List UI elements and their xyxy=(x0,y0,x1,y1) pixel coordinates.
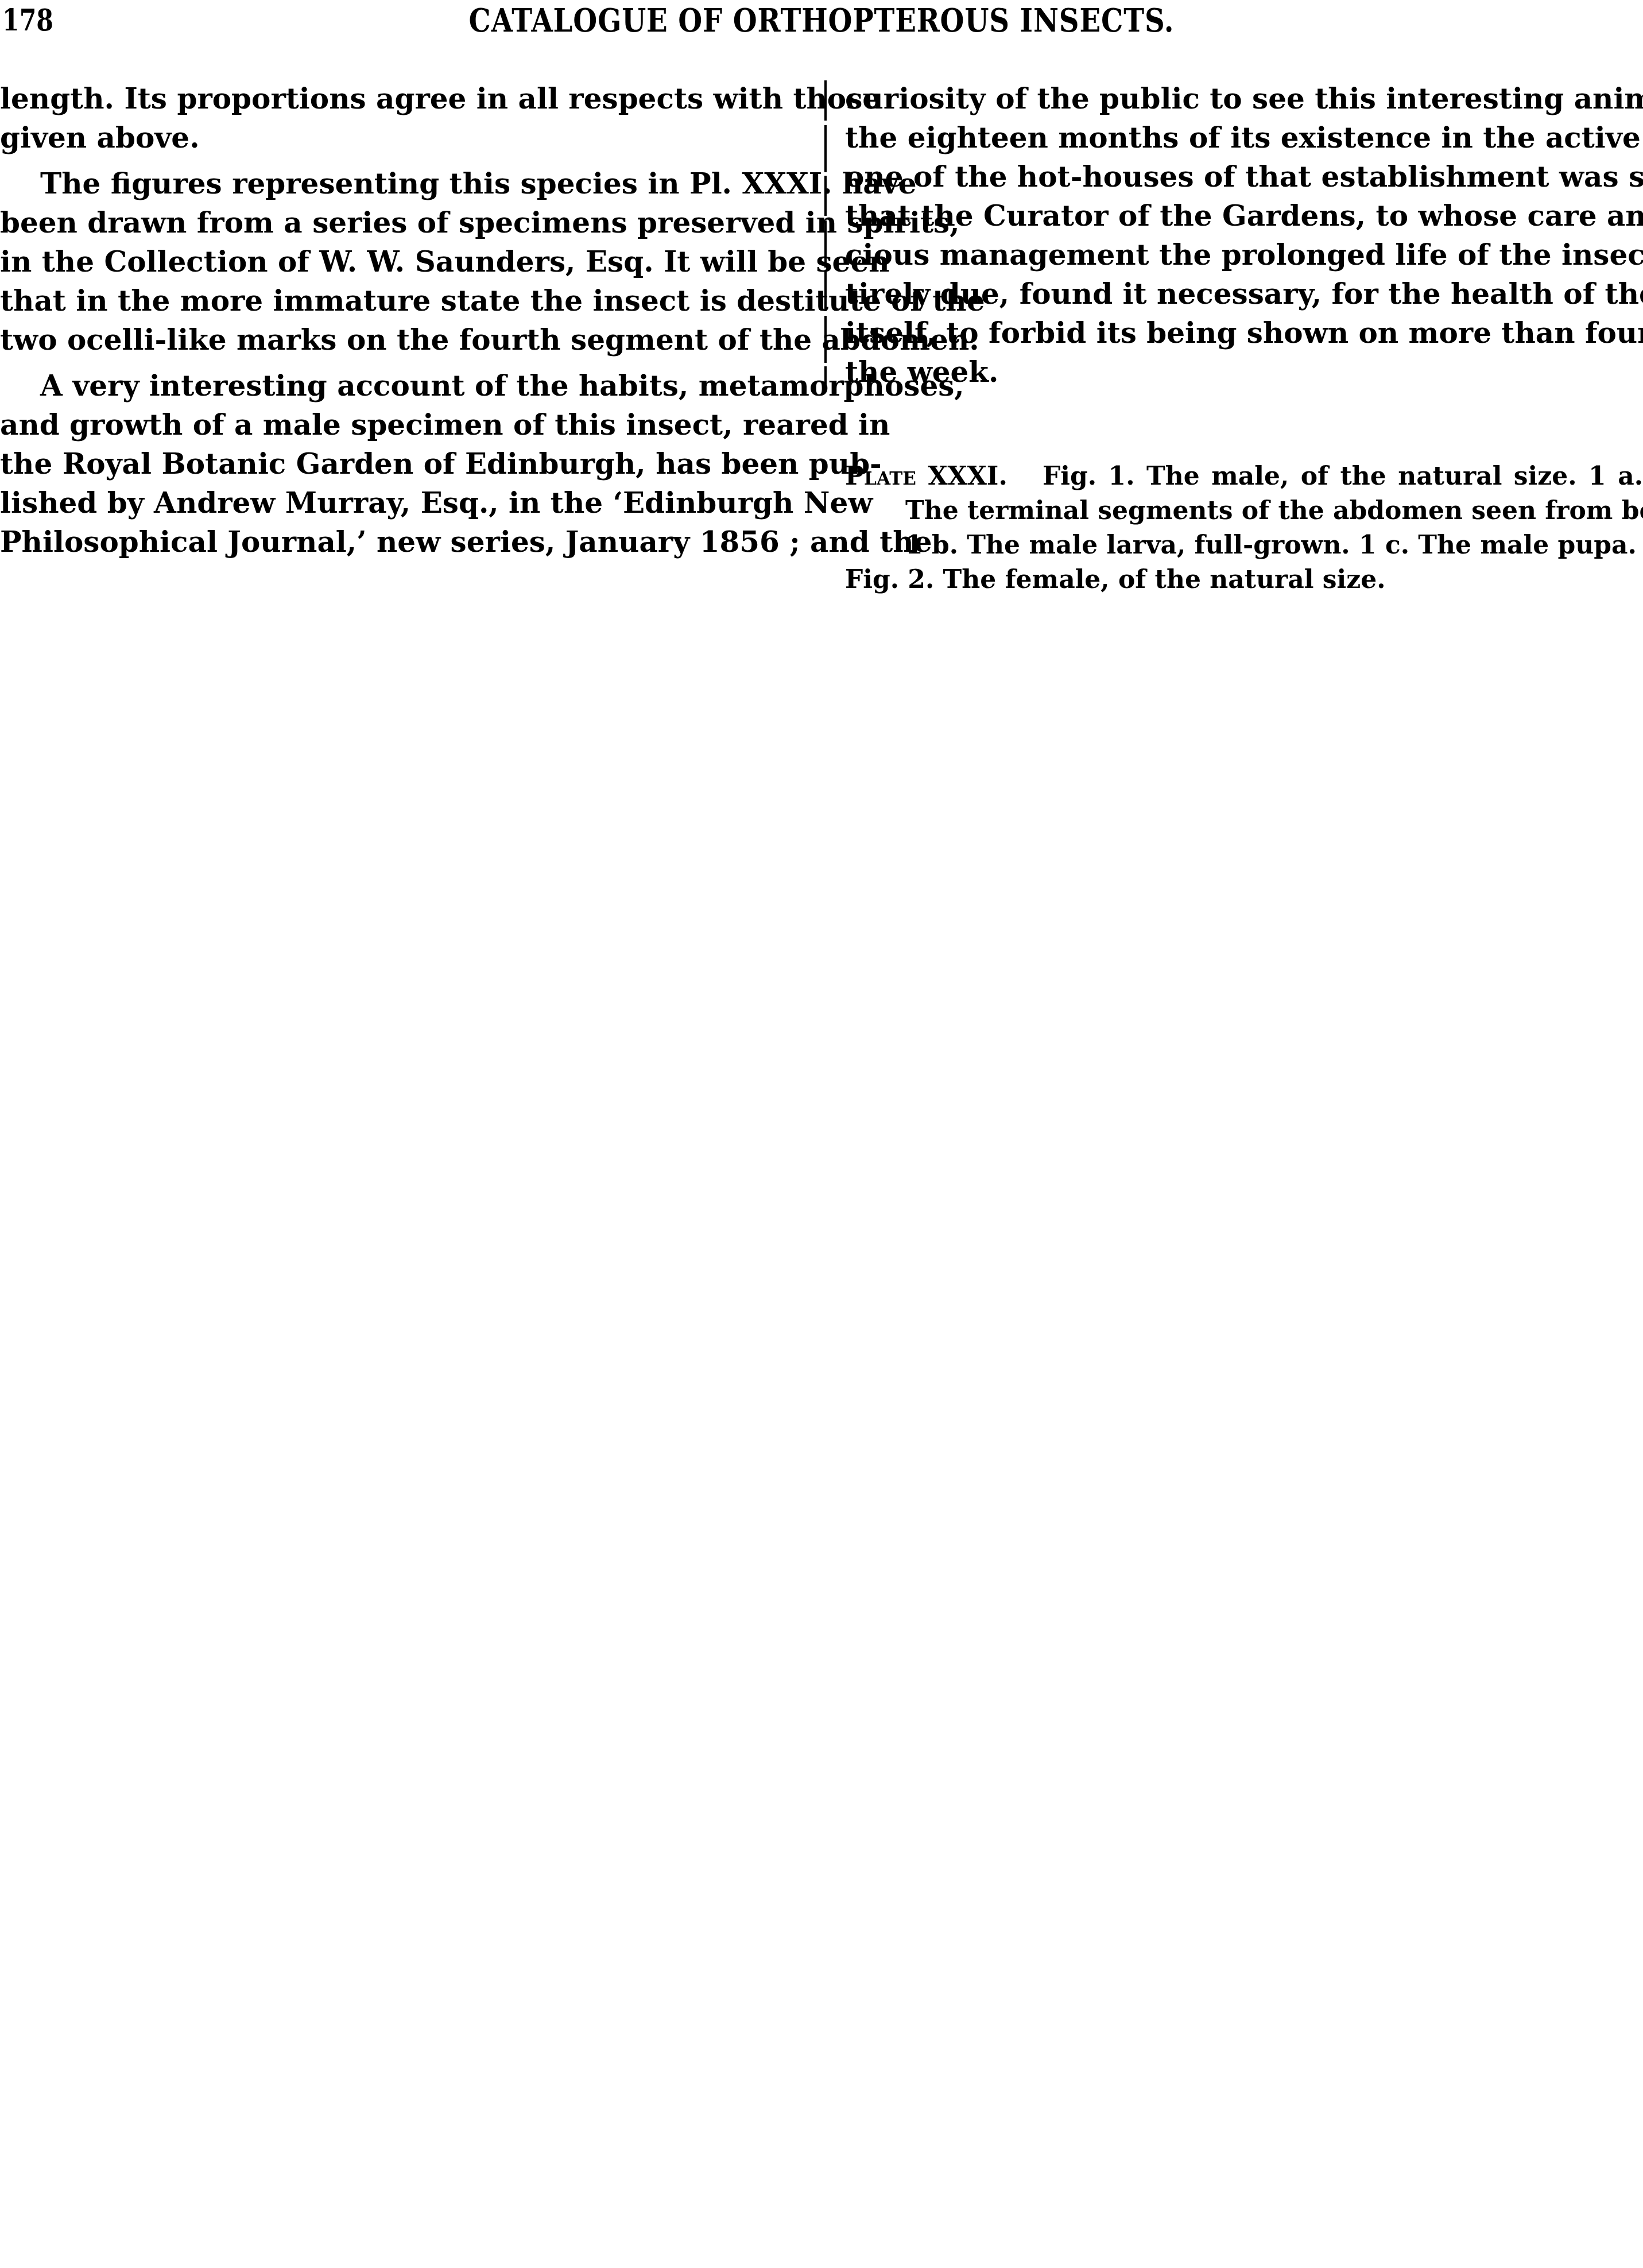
caption-line: The terminal segments of the abdomen see… xyxy=(845,494,1643,528)
text-line: The figures representing this species in… xyxy=(0,164,805,203)
text-line: Philosophical Journal,’ new series, Janu… xyxy=(0,523,805,562)
caption-line: Plate XXXI. Fig. 1. The male, of the nat… xyxy=(845,459,1643,494)
text-line: itself, to forbid its being shown on mor… xyxy=(845,314,1643,353)
text-line: the eighteen months of its existence in … xyxy=(845,118,1643,157)
text-line: one of the hot-houses of that establishm… xyxy=(845,157,1643,196)
plate-caption: Plate XXXI. Fig. 1. The male, of the nat… xyxy=(845,459,1643,597)
plate-number: XXXI. xyxy=(928,462,1007,491)
text-line: lished by Andrew Murray, Esq., in the ‘E… xyxy=(0,483,805,523)
text-line: been drawn from a series of specimens pr… xyxy=(0,203,805,242)
text-line: that the Curator of the Gardens, to whos… xyxy=(845,196,1643,235)
caption-line: Fig. 2. The female, of the natural size. xyxy=(845,563,1643,597)
text-line: the Royal Botanic Garden of Edinburgh, h… xyxy=(0,444,805,483)
page-number: 178 xyxy=(2,3,53,38)
left-column: length. Its proportions agree in all res… xyxy=(0,79,805,562)
text-line: curiosity of the public to see this inte… xyxy=(845,79,1643,118)
plate-label: Plate xyxy=(845,462,916,491)
page-header: 178 CATALOGUE OF ORTHOPTEROUS INSECTS. xyxy=(0,0,1643,52)
text-line: cious management the prolonged life of t… xyxy=(845,235,1643,274)
right-column: curiosity of the public to see this inte… xyxy=(845,79,1643,392)
caption-line: 1 b. The male larva, full-grown. 1 c. Th… xyxy=(845,528,1643,563)
text-line: and growth of a male specimen of this in… xyxy=(0,405,805,444)
text-line: A very interesting account of the habits… xyxy=(0,366,805,405)
text-line: in the Collection of W. W. Saunders, Esq… xyxy=(0,242,805,281)
text-line: given above. xyxy=(0,118,805,157)
text-line: two ocelli-like marks on the fourth segm… xyxy=(0,320,805,359)
text-line: length. Its proportions agree in all res… xyxy=(0,79,805,118)
caption-fig1: Fig. 1. The male, of the natural size. 1… xyxy=(1043,462,1643,491)
running-title: CATALOGUE OF ORTHOPTEROUS INSECTS. xyxy=(115,3,1528,38)
text-line: tirely due, found it necessary, for the … xyxy=(845,274,1643,314)
text-line: the week. xyxy=(845,353,1643,392)
column-divider xyxy=(824,80,827,390)
paragraph-gap xyxy=(0,359,805,366)
paragraph-gap xyxy=(0,157,805,164)
text-line: that in the more immature state the inse… xyxy=(0,281,805,320)
